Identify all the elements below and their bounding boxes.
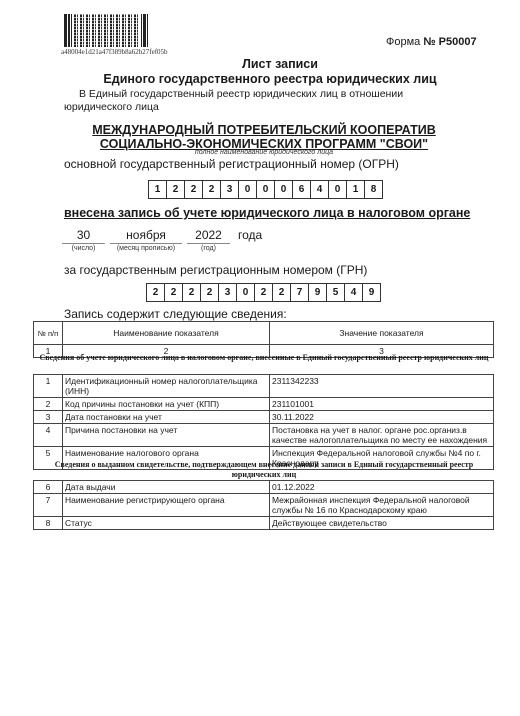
digit-box: 2 bbox=[165, 284, 183, 301]
digit-box: 2 bbox=[147, 284, 165, 301]
document-subtitle: Единого государственного реестра юридиче… bbox=[0, 72, 520, 86]
row-value: Действующее свидетельство bbox=[270, 517, 494, 530]
digit-box: 1 bbox=[347, 181, 365, 198]
table-row: 6Дата выдачи01.12.2022 bbox=[34, 481, 494, 494]
organization-name: МЕЖДУНАРОДНЫЙ ПОТРЕБИТЕЛЬСКИЙ КООПЕРАТИВ… bbox=[64, 123, 464, 151]
table-section-certificate: 6Дата выдачи01.12.20227Наименование реги… bbox=[33, 480, 494, 530]
row-number: 4 bbox=[34, 424, 63, 447]
row-name: Идентификационный номер налогоплательщик… bbox=[63, 375, 270, 398]
row-value: Постановка на учет в налог. органе рос.о… bbox=[270, 424, 494, 447]
row-value: 231101001 bbox=[270, 398, 494, 411]
row-value: 30.11.2022 bbox=[270, 411, 494, 424]
row-value: 01.12.2022 bbox=[270, 481, 494, 494]
digit-box: 2 bbox=[185, 181, 203, 198]
row-name: Статус bbox=[63, 517, 270, 530]
table-row: 4Причина постановки на учетПостановка на… bbox=[34, 424, 494, 447]
date-month-value: ноября bbox=[110, 228, 182, 244]
table-row: 2Код причины постановки на учет (КПП)231… bbox=[34, 398, 494, 411]
date-year-value: 2022 bbox=[187, 228, 230, 244]
header-number: № п/п bbox=[34, 322, 63, 345]
entry-title: внесена запись об учете юридического лиц… bbox=[64, 206, 470, 220]
digit-box: 3 bbox=[219, 284, 237, 301]
digit-box: 2 bbox=[183, 284, 201, 301]
digit-box: 0 bbox=[239, 181, 257, 198]
digit-box: 5 bbox=[327, 284, 345, 301]
grn-digits: 2222302279549 bbox=[146, 283, 381, 302]
row-number: 7 bbox=[34, 494, 63, 517]
table-row: 1Идентификационный номер налогоплательщи… bbox=[34, 375, 494, 398]
digit-box: 9 bbox=[309, 284, 327, 301]
form-code: № Р50007 bbox=[423, 36, 476, 48]
digit-box: 6 bbox=[293, 181, 311, 198]
section-caption-certificate: Сведения о выданном свидетельстве, подтв… bbox=[38, 460, 490, 480]
header-value: Значение показателя bbox=[270, 322, 494, 345]
digit-box: 2 bbox=[201, 284, 219, 301]
digit-box: 8 bbox=[365, 181, 382, 198]
form-number: Форма № Р50007 bbox=[386, 36, 477, 48]
row-value: 2311342233 bbox=[270, 375, 494, 398]
row-name: Причина постановки на учет bbox=[63, 424, 270, 447]
row-value: Межрайонная инспекция Федеральной налого… bbox=[270, 494, 494, 517]
digit-box: 2 bbox=[273, 284, 291, 301]
intro-text: В Единый государственный реестр юридичес… bbox=[64, 88, 464, 114]
digit-box: 2 bbox=[167, 181, 185, 198]
date-day: 30 (число) bbox=[62, 228, 105, 252]
organization-caption: полное наименование юридического лица bbox=[64, 149, 464, 156]
table-row: 3Дата постановки на учет30.11.2022 bbox=[34, 411, 494, 424]
section-caption-tax-registration: Сведения об учете юридического лица в на… bbox=[38, 353, 490, 363]
header-name: Наименование показателя bbox=[63, 322, 270, 345]
row-number: 2 bbox=[34, 398, 63, 411]
digit-box: 2 bbox=[255, 284, 273, 301]
digit-box: 4 bbox=[345, 284, 363, 301]
entry-date: 30 (число) ноября (месяц прописью) 2022 … bbox=[62, 228, 262, 252]
row-name: Наименование регистрирующего органа bbox=[63, 494, 270, 517]
digit-box: 0 bbox=[237, 284, 255, 301]
digit-box: 2 bbox=[203, 181, 221, 198]
row-number: 8 bbox=[34, 517, 63, 530]
digit-box: 0 bbox=[275, 181, 293, 198]
digit-box: 1 bbox=[149, 181, 167, 198]
grn-label: за государственным регистрационным номер… bbox=[64, 263, 367, 277]
digit-box: 7 bbox=[291, 284, 309, 301]
document-title: Лист записи bbox=[0, 57, 520, 71]
date-year-word: года bbox=[238, 228, 262, 242]
table-row: 7Наименование регистрирующего органаМежр… bbox=[34, 494, 494, 517]
ogrn-label: основной государственный регистрационный… bbox=[64, 157, 399, 171]
digit-box: 3 bbox=[221, 181, 239, 198]
date-day-value: 30 bbox=[62, 228, 105, 244]
row-name: Дата постановки на учет bbox=[63, 411, 270, 424]
form-label: Форма bbox=[386, 36, 420, 48]
contains-label: Запись содержит следующие сведения: bbox=[64, 307, 287, 321]
table-section-tax-registration: 1Идентификационный номер налогоплательщи… bbox=[33, 374, 494, 470]
digit-box: 0 bbox=[257, 181, 275, 198]
row-number: 3 bbox=[34, 411, 63, 424]
date-month: ноября (месяц прописью) bbox=[110, 228, 182, 252]
date-year: 2022 (год) bbox=[187, 228, 230, 252]
table-row: 8СтатусДействующее свидетельство bbox=[34, 517, 494, 530]
row-name: Дата выдачи bbox=[63, 481, 270, 494]
digit-box: 4 bbox=[311, 181, 329, 198]
ogrn-digits: 1222300064018 bbox=[148, 180, 383, 199]
date-year-caption: (год) bbox=[201, 245, 216, 252]
row-number: 1 bbox=[34, 375, 63, 398]
digit-box: 0 bbox=[329, 181, 347, 198]
date-month-caption: (месяц прописью) bbox=[117, 245, 175, 252]
barcode bbox=[64, 14, 148, 47]
barcode-text: a48004e1d21a47f389b8a62b27fef05b bbox=[61, 48, 168, 56]
date-day-caption: (число) bbox=[72, 245, 96, 252]
row-name: Код причины постановки на учет (КПП) bbox=[63, 398, 270, 411]
row-number: 6 bbox=[34, 481, 63, 494]
digit-box: 9 bbox=[363, 284, 380, 301]
